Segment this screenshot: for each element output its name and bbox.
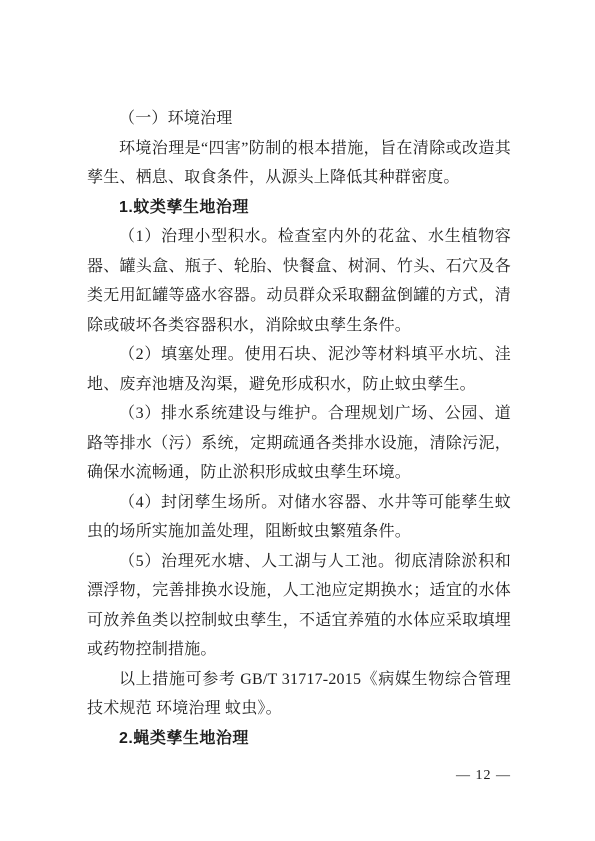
heading-mosquito-breeding-control: 1.蚊类孳生地治理 [87, 193, 511, 223]
paragraph-item-1-small-water: （1）治理小型积水。检查室内外的花盆、水生植物容器、罐头盒、瓶子、轮胎、快餐盒、… [87, 222, 511, 340]
paragraph-item-4-sealing: （4）封闭孳生场所。对储水容器、水井等可能孳生蚊虫的场所实施加盖处理，阻断蚊虫繁… [87, 488, 511, 547]
page-number: — 12 — [456, 766, 511, 786]
paragraph-item-2-filling: （2）填塞处理。使用石块、泥沙等材料填平水坑、洼地、废弃池塘及沟渠，避免形成积水… [87, 340, 511, 399]
section-heading-environment: （一）环境治理 [87, 104, 511, 134]
document-page: （一）环境治理 环境治理是“四害”防制的根本措施，旨在清除或改造其孳生、栖息、取… [0, 0, 595, 841]
paragraph-reference-standard: 以上措施可参考 GB/T 31717-2015《病媒生物综合管理技术规范 环境治… [87, 665, 511, 724]
page-content: （一）环境治理 环境治理是“四害”防制的根本措施，旨在清除或改造其孳生、栖息、取… [87, 104, 511, 753]
heading-fly-breeding-control: 2.蝇类孳生地治理 [87, 724, 511, 754]
paragraph-item-3-drainage: （3）排水系统建设与维护。合理规划广场、公园、道路等排水（污）系统，定期疏通各类… [87, 399, 511, 488]
paragraph-intro: 环境治理是“四害”防制的根本措施，旨在清除或改造其孳生、栖息、取食条件，从源头上… [87, 134, 511, 193]
paragraph-item-5-ponds: （5）治理死水塘、人工湖与人工池。彻底清除淤积和漂浮物，完善排换水设施，人工池应… [87, 547, 511, 665]
